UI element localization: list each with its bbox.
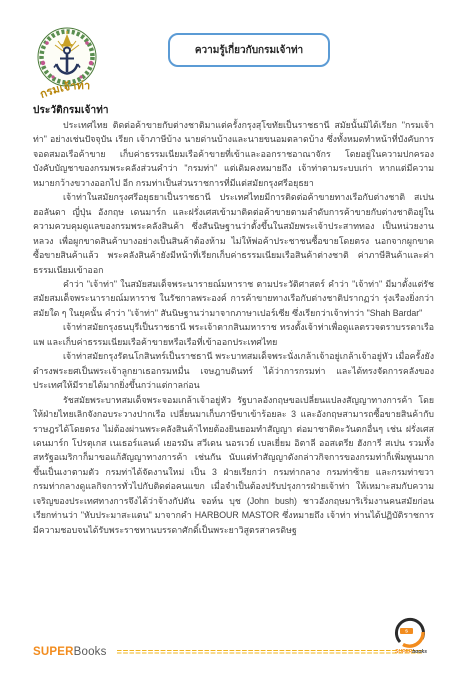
footer-logo-books: books: [412, 649, 427, 655]
footer-logo: S SUPERbooks: [391, 615, 431, 661]
footer-brand-books: Books: [74, 646, 107, 658]
section-heading: ประวัติกรมเจ้าท่า: [33, 103, 109, 118]
footer-brand-super: SUPER: [33, 646, 74, 658]
document-page: กรมเจ้าท่า ความรู้เกี่ยวกับกรมเจ้าท่า ปร…: [0, 0, 461, 673]
article-body: ประเทศไทย ติดต่อค้าขายกับต่างชาติมาแต่คร…: [33, 118, 434, 537]
footer-logo-text: SUPERbooks: [391, 649, 431, 655]
footer-separator: ========================================…: [117, 647, 423, 657]
page-title: ความรู้เกี่ยวกับกรมเจ้าท่า: [195, 43, 303, 58]
paragraph-4: เจ้าท่าสมัยกรุงธนบุรีเป็นราชธานี พระเจ้า…: [33, 320, 434, 349]
paragraph-5: เจ้าท่าสมัยกรุงรัตนโกสินทร์เป็นราชธานี พ…: [33, 349, 434, 392]
svg-text:S: S: [405, 629, 408, 634]
paragraph-6: รัชสมัยพระบาทสมเด็จพระจอมเกล้าเจ้าอยู่หั…: [33, 393, 434, 538]
paragraph-2: เจ้าท่าในสมัยกรุงศรีอยุธยาเป็นราชธานี ปร…: [33, 190, 434, 277]
footer: SUPERBooks =============================…: [33, 644, 429, 660]
page-title-box: ความรู้เกี่ยวกับกรมเจ้าท่า: [168, 33, 330, 67]
superbooks-swoosh-icon: S: [394, 615, 428, 649]
paragraph-1: ประเทศไทย ติดต่อค้าขายกับต่างชาติมาแต่คร…: [33, 118, 434, 190]
paragraph-3: คำว่า "เจ้าท่า" ในสมัยสมเด็จพระนารายณ์มห…: [33, 277, 434, 320]
footer-brand: SUPERBooks: [33, 646, 107, 658]
footer-logo-super: SUPER: [395, 649, 412, 655]
emblem-name-arc: กรมเจ้าท่า: [38, 80, 90, 101]
marine-department-emblem: กรมเจ้าท่า: [28, 24, 106, 106]
